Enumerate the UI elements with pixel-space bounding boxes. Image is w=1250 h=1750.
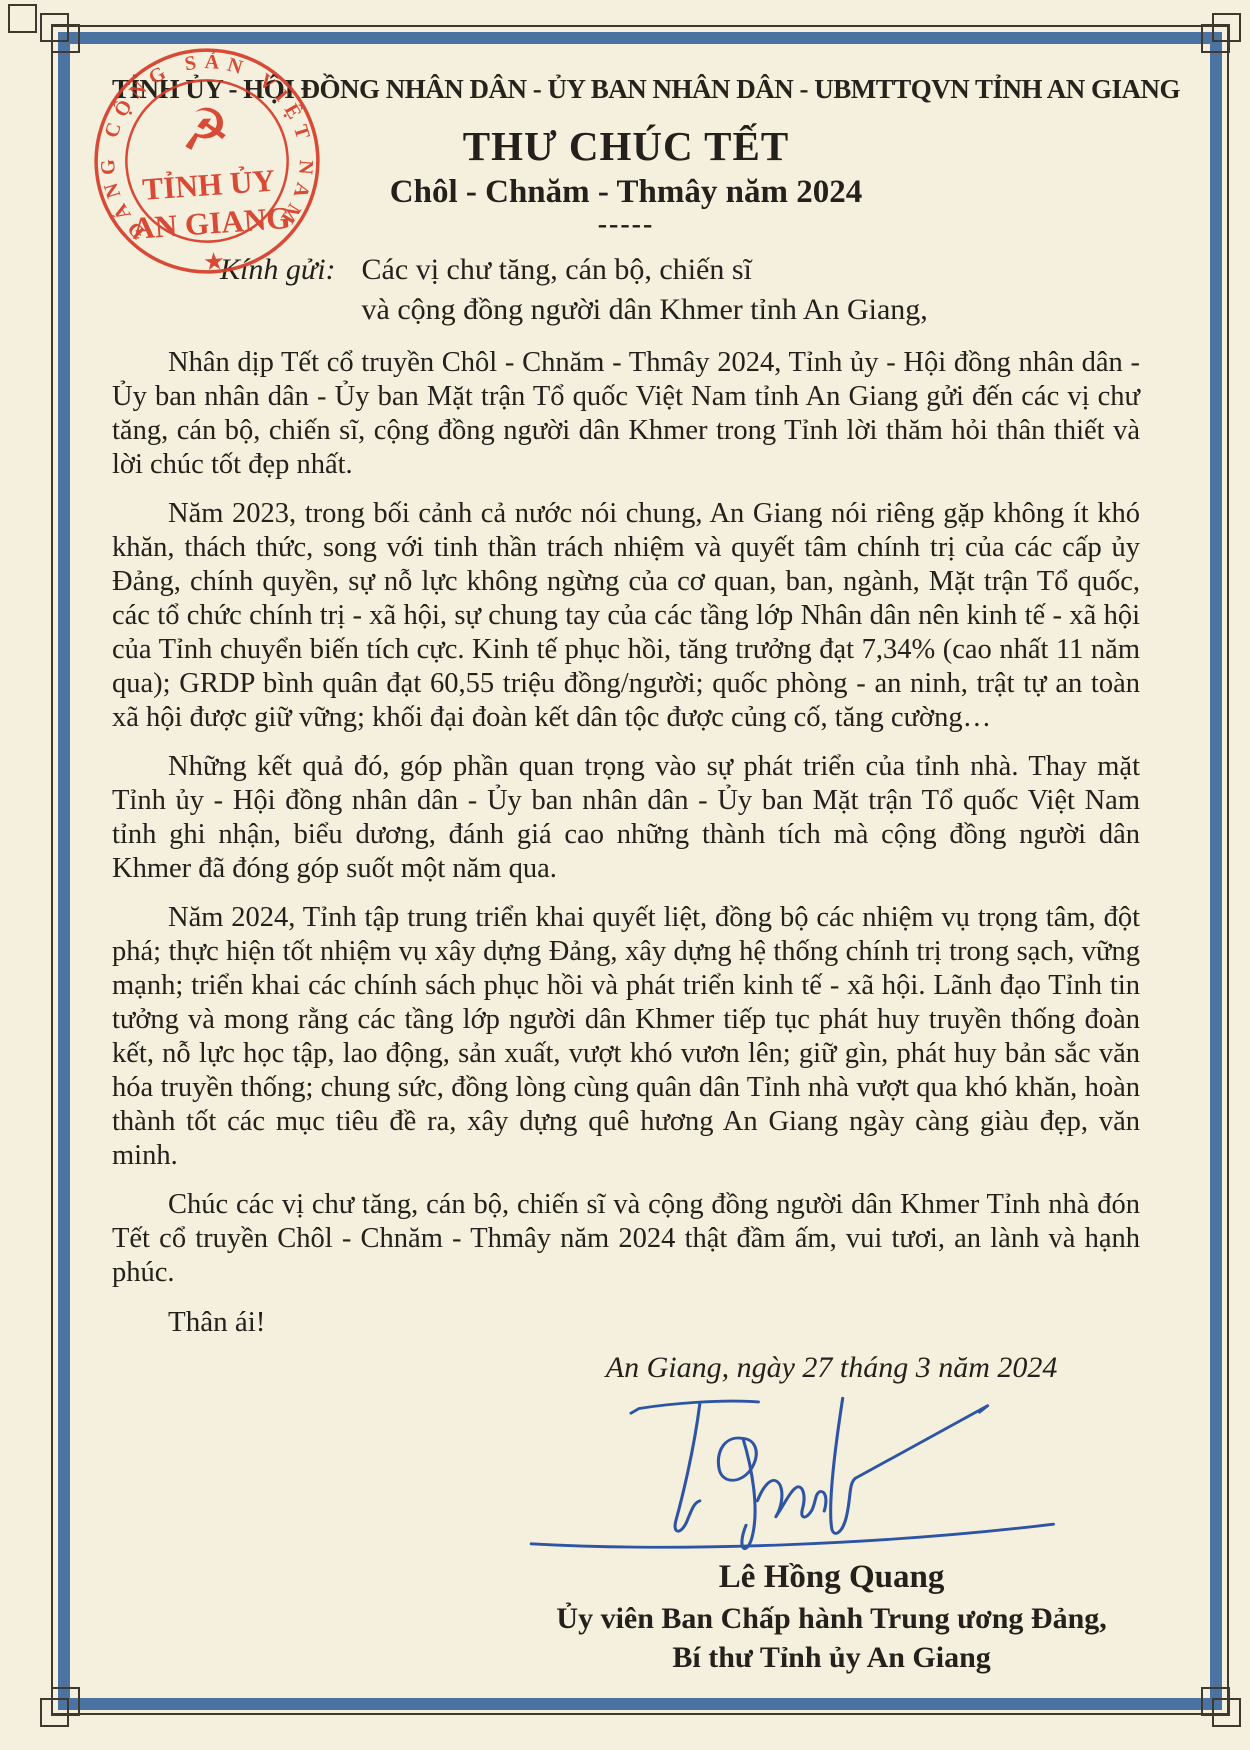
salutation: Kính gửi: Các vị chư tăng, cán bộ, chiến… <box>220 250 1140 330</box>
closing-salute: Thân ái! <box>168 1305 1140 1339</box>
paragraph: Chúc các vị chư tăng, cán bộ, chiến sĩ v… <box>112 1188 1140 1290</box>
paragraph: Năm 2023, trong bối cảnh cả nước nói chu… <box>112 497 1140 735</box>
signer-block: Lê Hồng Quang Ủy viên Ban Chấp hành Trun… <box>523 1555 1140 1677</box>
paragraph: Những kết quả đó, góp phần quan trọng và… <box>112 750 1140 886</box>
corner-ornament <box>51 1687 80 1716</box>
official-seal: ĐẢNG CỘNG SẢN VIỆT NAM ★ ☭ TỈNH ỦY AN GI… <box>77 26 336 296</box>
salutation-line: Các vị chư tăng, cán bộ, chiến sĩ <box>362 250 928 290</box>
signer-name: Lê Hồng Quang <box>523 1555 1140 1599</box>
corner-ornament <box>1201 1687 1230 1716</box>
letter-content: TỈNH ỦY - HỘI ĐỒNG NHÂN DÂN - ỦY BAN NHÂ… <box>112 58 1140 1677</box>
letter-page: TỈNH ỦY - HỘI ĐỒNG NHÂN DÂN - ỦY BAN NHÂ… <box>0 0 1250 1750</box>
corner-ornament <box>1201 24 1230 53</box>
seal-center-line-1: TỈNH ỦY <box>141 163 276 207</box>
paragraph: Năm 2024, Tỉnh tập trung triển khai quyế… <box>112 901 1140 1173</box>
salutation-line: và cộng đồng người dân Khmer tỉnh An Gia… <box>362 290 928 330</box>
paragraph: Nhân dịp Tết cổ truyền Chôl - Chnăm - Th… <box>112 346 1140 482</box>
corner-ornament <box>8 4 37 33</box>
salutation-recipients: Các vị chư tăng, cán bộ, chiến sĩ và cộn… <box>362 250 928 330</box>
seal-center-line-2: AN GIANG <box>131 200 292 246</box>
dateline: An Giang, ngày 27 tháng 3 năm 2024 <box>523 1349 1140 1387</box>
star-icon: ★ <box>202 247 226 276</box>
signer-title-2: Bí thư Tỉnh ủy An Giang <box>523 1638 1140 1677</box>
hammer-sickle-icon: ☭ <box>177 96 232 164</box>
handwritten-signature <box>523 1387 1140 1555</box>
signer-title-1: Ủy viên Ban Chấp hành Trung ương Đảng, <box>523 1599 1140 1638</box>
signature-area <box>523 1387 1140 1555</box>
corner-ornament <box>51 24 80 53</box>
